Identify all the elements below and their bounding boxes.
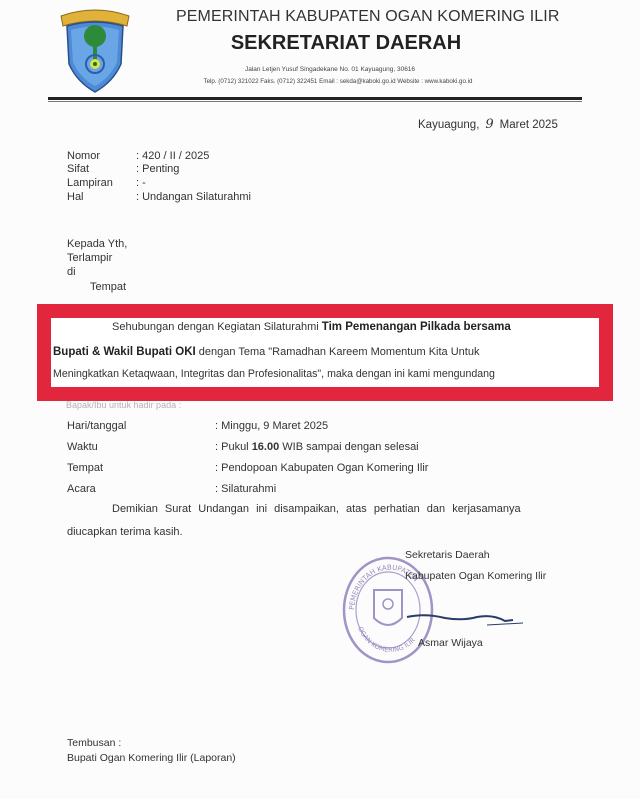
cc-label: Tembusan :	[67, 737, 121, 749]
highlight-line-3: Meningkatkan Ketaqwaan, Integritas dan P…	[53, 368, 495, 380]
letterhead-divider	[48, 97, 582, 100]
meta-value-nomor: : 420 / II / 2025	[136, 150, 209, 162]
meta-label-hal: Hal	[67, 191, 84, 203]
detail-label-time: Waktu	[67, 441, 98, 453]
highlight-text-plain: dengan Tema "Ramadhan Kareem Momentum Ki…	[196, 346, 480, 358]
time-prefix: : Pukul	[215, 441, 252, 453]
closing-line-1: Demikian Surat Undangan ini disampaikan,…	[112, 503, 521, 515]
detail-label-event: Acara	[67, 483, 96, 495]
detail-value-time: : Pukul 16.00 WIB sampai dengan selesai	[215, 441, 419, 453]
handwritten-signature	[405, 603, 525, 633]
highlight-text-bold: Bupati & Wakil Bupati OKI	[53, 346, 196, 358]
date-day: 9	[485, 117, 493, 132]
meta-value-sifat: : Penting	[136, 163, 179, 175]
recipient-salutation: Kepada Yth,	[67, 238, 127, 250]
date-month-year: Maret 2025	[500, 119, 558, 131]
meta-label-sifat: Sifat	[67, 163, 89, 175]
highlight-line-2: Bupati & Wakil Bupati OKI dengan Tema "R…	[53, 346, 479, 358]
letterhead-office: SEKRETARIAT DAERAH	[196, 32, 496, 55]
signatory-title-1: Sekretaris Daerah	[405, 549, 490, 561]
detail-label-place: Tempat	[67, 462, 103, 474]
highlight-line-1: Sehubungan dengan Kegiatan Silaturahmi T…	[112, 321, 511, 333]
obscured-text-line: Bapak/Ibu untuk hadir pada :	[66, 400, 181, 410]
recipient-place: Tempat	[90, 281, 126, 293]
letter-date: Kayuagung,9Maret 2025	[418, 117, 558, 132]
detail-value-date: : Minggu, 9 Maret 2025	[215, 420, 328, 432]
closing-line-2: diucapkan terima kasih.	[67, 526, 183, 538]
meta-value-hal: : Undangan Silaturahmi	[136, 191, 251, 203]
time-hour: 16.00	[252, 441, 280, 453]
recipient-di: di	[67, 266, 76, 278]
date-city: Kayuagung,	[418, 119, 479, 131]
meta-label-nomor: Nomor	[67, 150, 100, 162]
signatory-title-2: Kabupaten Ogan Komering Ilir	[405, 570, 546, 582]
highlight-text-bold: Tim Pemenangan Pilkada bersama	[322, 321, 511, 333]
letterhead-government: PEMERINTAH KABUPATEN OGAN KOMERING ILIR	[176, 8, 576, 26]
letterhead-contact: Telp. (0712) 321022 Faks. (0712) 322451 …	[118, 78, 558, 85]
detail-label-date: Hari/tanggal	[67, 420, 126, 432]
detail-value-event: : Silaturahmi	[215, 483, 276, 495]
letter-page: PEMERINTAH KABUPATEN OGAN KOMERING ILIR …	[0, 0, 640, 799]
letterhead-divider-thin	[48, 101, 582, 102]
meta-value-lampiran: : -	[136, 177, 146, 189]
highlight-text-plain: Sehubungan dengan Kegiatan Silaturahmi	[112, 321, 322, 333]
signatory-name: Asmar Wijaya	[418, 637, 483, 649]
cc-item: Bupati Ogan Komering Ilir (Laporan)	[67, 752, 236, 764]
detail-value-place: : Pendopoan Kabupaten Ogan Komering Ilir	[215, 462, 428, 474]
recipient-name: Terlampir	[67, 252, 112, 264]
letterhead-address: Jalan Letjen Yusuf Singadekane No. 01 Ka…	[200, 66, 460, 73]
meta-label-lampiran: Lampiran	[67, 177, 113, 189]
time-suffix: WIB sampai dengan selesai	[279, 441, 418, 453]
